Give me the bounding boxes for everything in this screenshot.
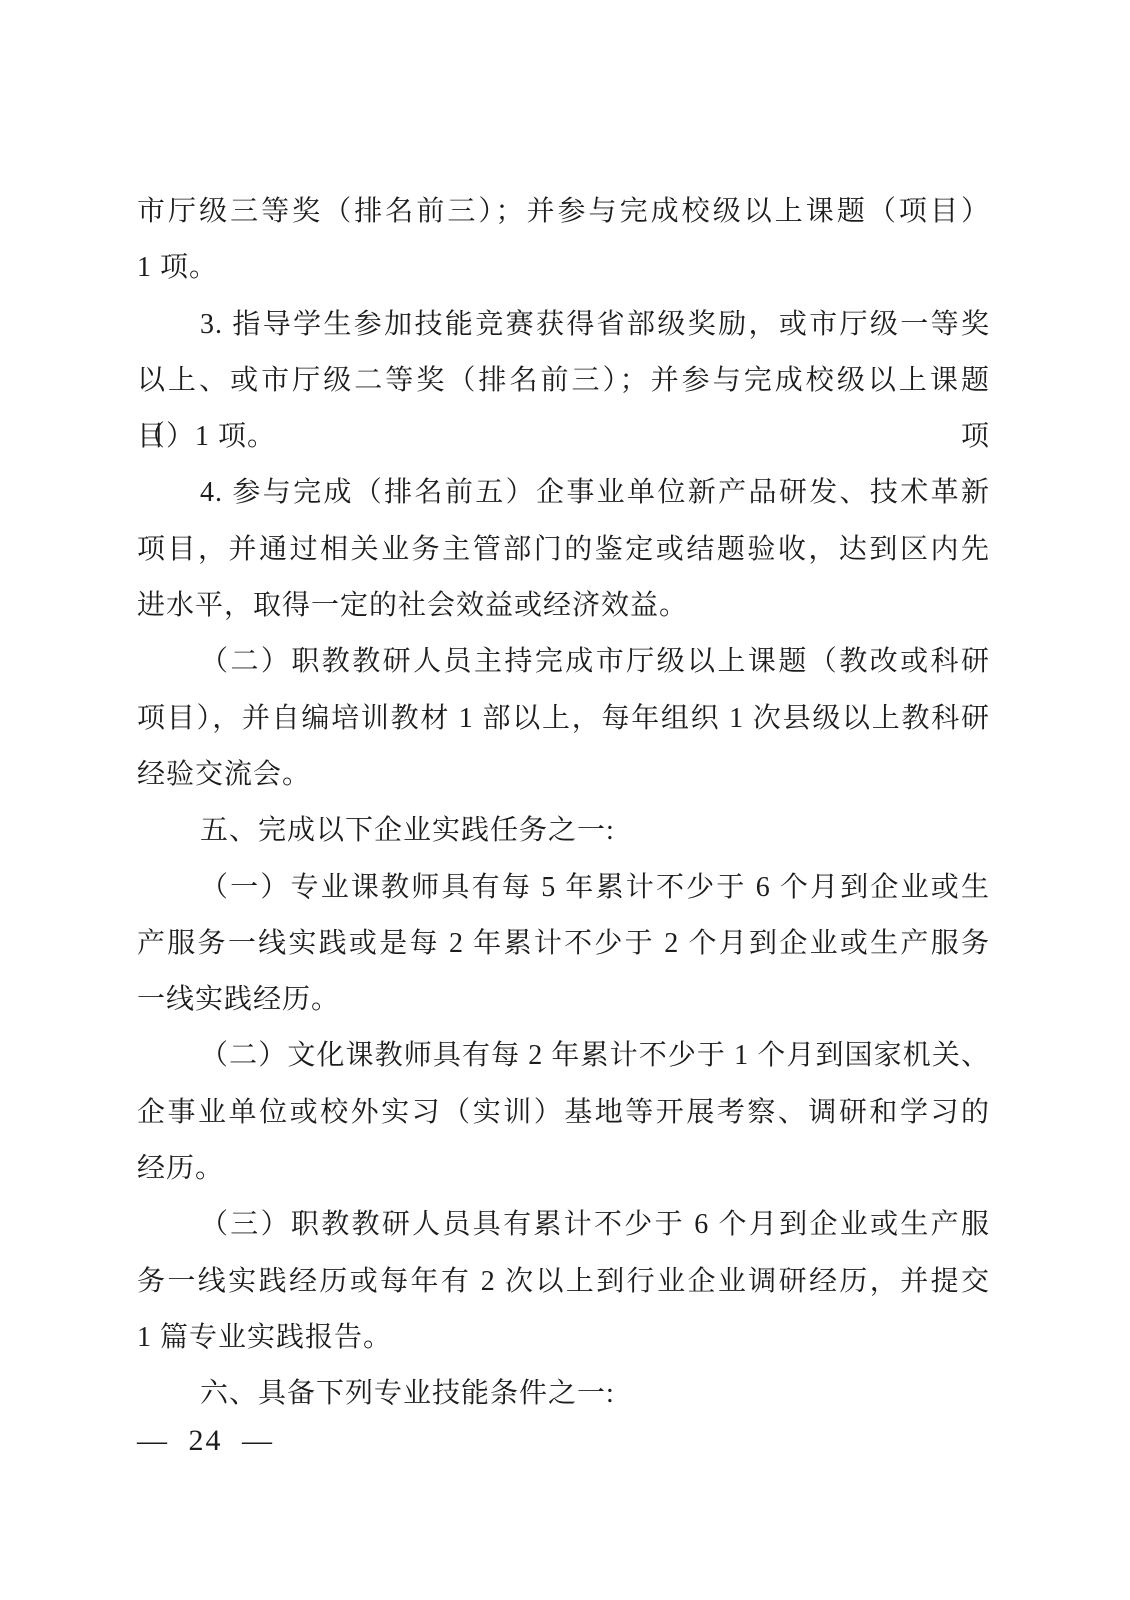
text-line: 项目），并自编培训教材 1 部以上，每年组织 1 次县级以上教科研: [137, 691, 990, 747]
text-line: 1 篇专业实践报告。: [137, 1310, 990, 1366]
text-line: 1 项。: [137, 240, 990, 296]
document-text-block: 市厅级三等奖（排名前三）；并参与完成校级以上课题（项目） 1 项。 3. 指导学…: [137, 184, 990, 1423]
page-number: — 24 —: [137, 1417, 274, 1465]
text-line: 企事业单位或校外实习（实训）基地等开展考察、调研和学习的: [137, 1085, 990, 1141]
text-line: 进水平，取得一定的社会效益或经济效益。: [137, 578, 990, 634]
text-line: 4. 参与完成（排名前五）企事业单位新产品研发、技术革新: [137, 465, 990, 521]
text-line: 以上、或市厅级二等奖（排名前三）；并参与完成校级以上课题（项: [137, 353, 990, 409]
text-line: （一）专业课教师具有每 5 年累计不少于 6 个月到企业或生: [137, 860, 990, 916]
text-line: 务一线实践经历或每年有 2 次以上到行业企业调研经历，并提交: [137, 1254, 990, 1310]
document-page: 市厅级三等奖（排名前三）；并参与完成校级以上课题（项目） 1 项。 3. 指导学…: [0, 0, 1130, 1600]
text-line: 3. 指导学生参加技能竞赛获得省部级奖励，或市厅级一等奖: [137, 297, 990, 353]
text-line: 经验交流会。: [137, 747, 990, 803]
text-line: （三）职教教研人员具有累计不少于 6 个月到企业或生产服: [137, 1197, 990, 1253]
section-heading-line: 六、具备下列专业技能条件之一:: [137, 1366, 990, 1422]
text-line: 项目，并通过相关业务主管部门的鉴定或结题验收，达到区内先: [137, 522, 990, 578]
text-line: 一线实践经历。: [137, 972, 990, 1028]
text-line: 经历。: [137, 1141, 990, 1197]
section-heading-line: 五、完成以下企业实践任务之一:: [137, 803, 990, 859]
text-line: （二）文化课教师具有每 2 年累计不少于 1 个月到国家机关、: [137, 1028, 990, 1084]
text-line: （二）职教教研人员主持完成市厅级以上课题（教改或科研: [137, 634, 990, 690]
text-line: 市厅级三等奖（排名前三）；并参与完成校级以上课题（项目）: [137, 184, 990, 240]
text-line: 产服务一线实践或是每 2 年累计不少于 2 个月到企业或生产服务: [137, 916, 990, 972]
